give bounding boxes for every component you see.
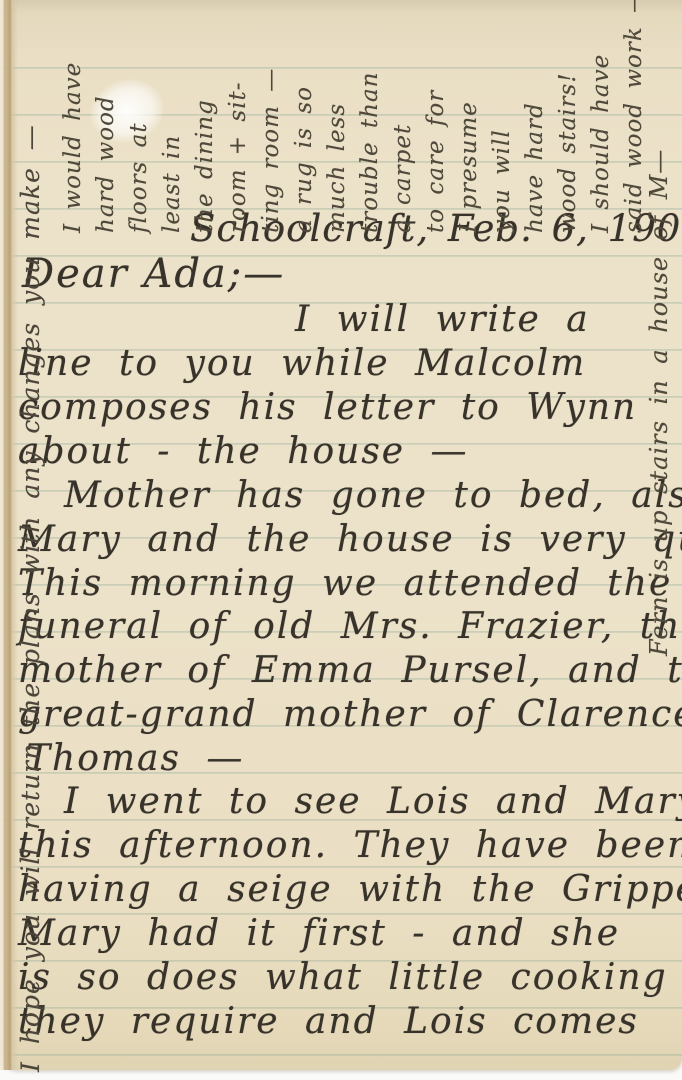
cross-writing-line: ting room —: [258, 7, 291, 233]
letter-line: Mary had it first - and she: [18, 913, 620, 954]
cross-writing-line: I would have: [60, 7, 93, 233]
cross-writing-line: least in: [159, 7, 192, 233]
cross-writing-line: hard wood: [93, 7, 126, 233]
paper-sheet: Schoolcraft, Feb. 6, 1901. Dear Ada;— I …: [0, 0, 682, 1070]
letter-line: having a seige with the Grippe.: [18, 869, 682, 910]
cross-writing-line: a rug is so: [291, 7, 324, 233]
cross-writing-line: the dining: [192, 7, 225, 233]
letter-line: Mother has gone to bed, also: [64, 475, 682, 516]
cross-writing-line: a carpet: [390, 7, 423, 233]
cross-writing-line: to care for: [423, 7, 456, 233]
letter-line: I went to see Lois and Mary: [64, 781, 682, 822]
margin-note-left: I hope you will return the plans with an…: [16, 14, 50, 1072]
letter-line: they require and Lois comes: [18, 1001, 639, 1042]
letter-line: great-grand mother of Clarence: [18, 694, 682, 735]
letter-line: Mary and the house is very quiet.: [18, 519, 682, 560]
salutation: Dear Ada;—: [22, 251, 285, 297]
letter-line: composes his letter to Wynn: [18, 387, 637, 428]
letter-line: line to you while Malcolm: [18, 343, 586, 384]
scanned-letter-page: Schoolcraft, Feb. 6, 1901. Dear Ada;— I …: [0, 0, 682, 1080]
cross-writing-line: have hard: [522, 7, 555, 233]
cross-writing-line: trouble than: [357, 7, 390, 233]
cross-writing-line: I should have: [588, 7, 621, 233]
cross-writing-line: floors at: [126, 7, 159, 233]
cross-writing-line: much less: [324, 7, 357, 233]
letter-line: this afternoon. They have been: [18, 825, 682, 866]
letter-line: about - the house —: [18, 431, 469, 472]
letter-line: is so does what little cooking: [18, 957, 668, 998]
cross-writing-line: room + sit-: [225, 7, 258, 233]
letter-line: funeral of old Mrs. Frazier, the: [18, 606, 682, 647]
letter-line: Thomas —: [26, 738, 244, 779]
margin-note-right: Fern is up stairs in a house of M—: [645, 226, 679, 656]
letter-line: This morning we attended the: [18, 563, 672, 604]
cross-writing-line: you will: [489, 7, 522, 233]
cross-writing-line: wood stairs!: [555, 7, 588, 233]
letter-line: I will write a: [295, 299, 590, 340]
letter-line: mother of Emma Pursel, and the: [18, 650, 682, 691]
cross-writing-line: I presume: [456, 7, 489, 233]
